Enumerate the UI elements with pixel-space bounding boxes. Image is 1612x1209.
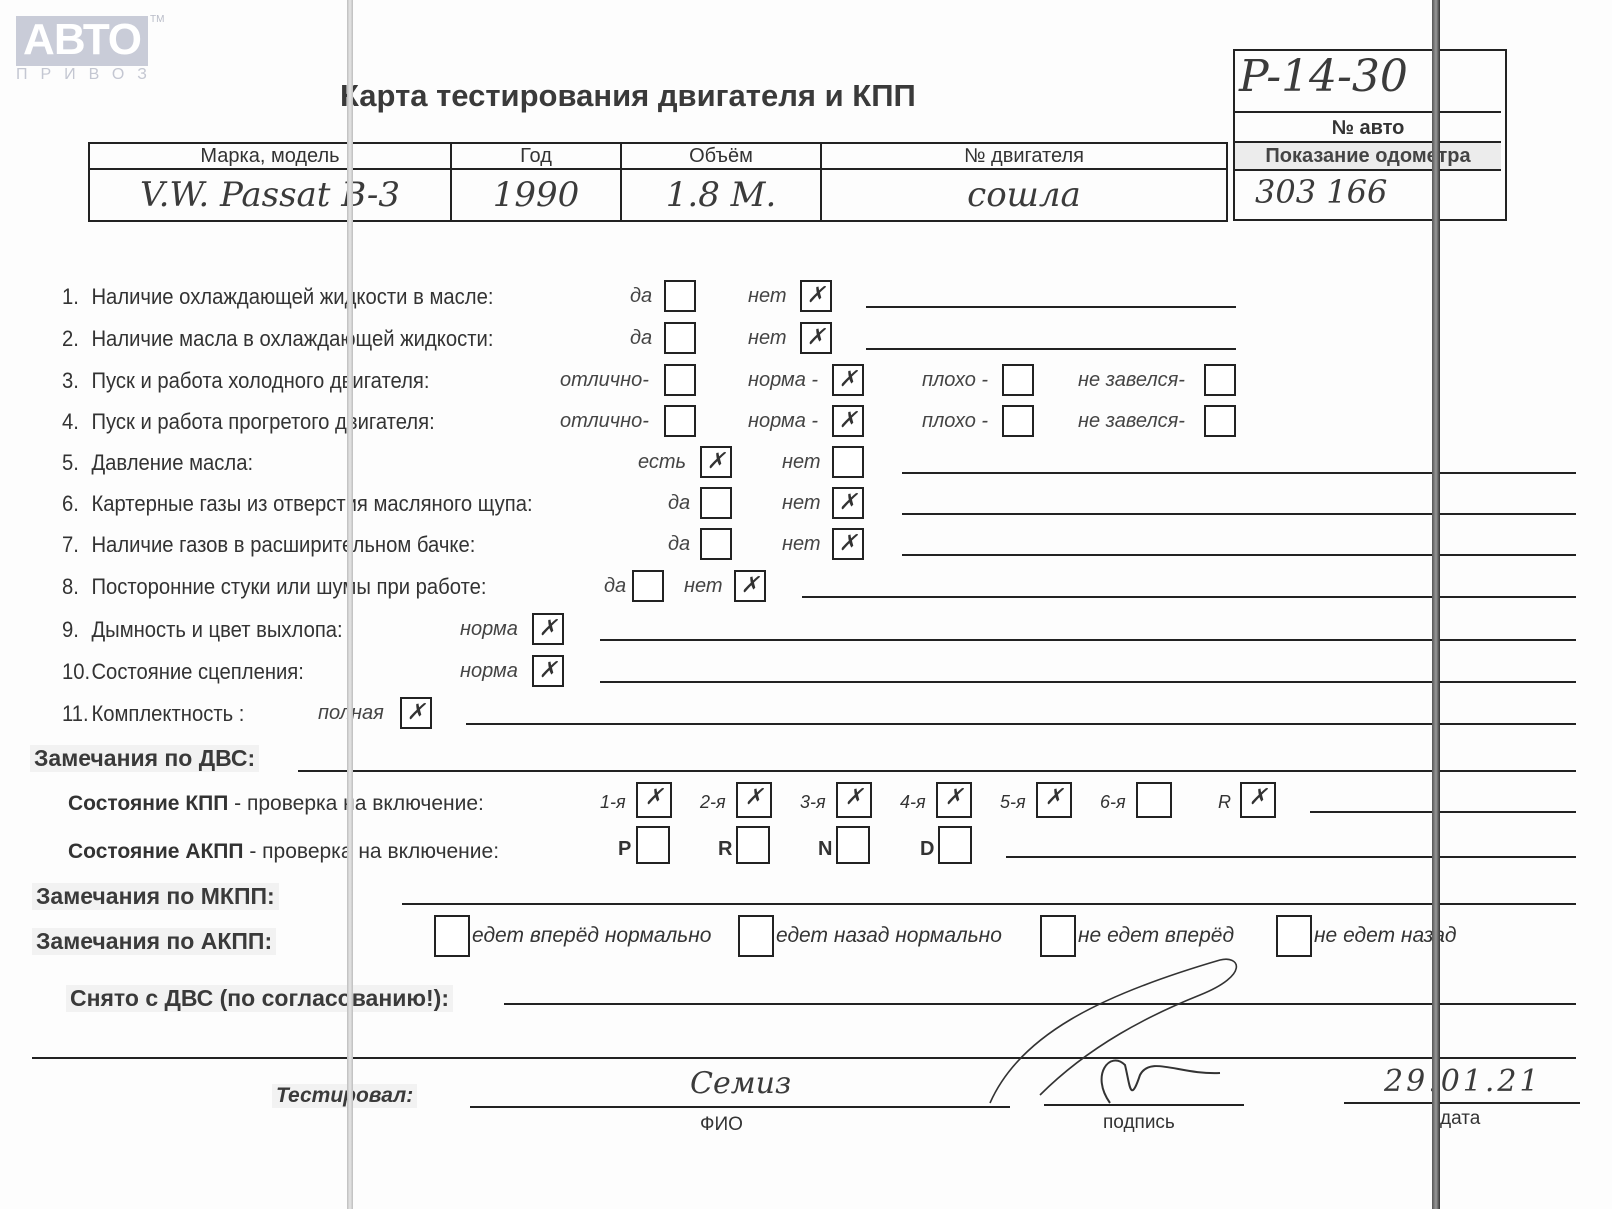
gear-label: 3-я (800, 792, 826, 813)
auto-number-label: № авто (1235, 111, 1501, 141)
akpp-remark-label: едет вперёд нормально (472, 924, 711, 948)
remarks-mkpp-line[interactable] (402, 903, 1576, 905)
auto-number-value[interactable]: P-14-30 (1235, 51, 1505, 111)
engine-number-value[interactable]: сошла (821, 169, 1227, 221)
checkbox[interactable] (700, 487, 732, 519)
checkbox[interactable] (1002, 364, 1034, 396)
option-label: нет (782, 533, 821, 556)
gear-label: 1-я (600, 792, 626, 813)
option-label: плохо - (922, 369, 988, 392)
logo-trademark: TM (150, 14, 164, 25)
akpp-mode-label: N (818, 838, 832, 861)
option-label: нет (748, 285, 787, 308)
akpp-remark-label: едет назад нормально (776, 924, 1002, 948)
question-5: 5.Давление масла: (62, 450, 253, 476)
option-label: отлично- (560, 410, 649, 433)
option-label: не завелся- (1078, 410, 1185, 433)
akpp-remark-checkbox[interactable] (1040, 915, 1076, 957)
tested-by-label: Тестировал: (272, 1084, 417, 1108)
question-text: Состояние сцепления: (91, 659, 303, 684)
option-label: отлично- (560, 369, 649, 392)
notes-line[interactable] (600, 681, 1576, 683)
option-label: да (668, 492, 690, 515)
checkbox[interactable]: ✗ (532, 655, 564, 687)
question-number: 8. (62, 574, 91, 600)
notes-line[interactable] (600, 639, 1576, 641)
gear-checkbox[interactable]: ✗ (836, 782, 872, 818)
checkbox[interactable] (1002, 405, 1034, 437)
checkbox[interactable]: ✗ (832, 487, 864, 519)
checkbox[interactable] (664, 322, 696, 354)
question-4: 4.Пуск и работа прогретого двигателя: (62, 409, 435, 435)
checkbox[interactable] (632, 570, 664, 602)
question-1: 1.Наличие охлаждающей жидкости в масле: (62, 284, 493, 310)
name-line[interactable] (470, 1106, 1010, 1108)
odometer-label: Показание одометра (1235, 141, 1501, 171)
remarks-mkpp-label: Замечания по МКПП: (32, 883, 279, 910)
make-model-value[interactable]: V.W. Passat B-3 (89, 169, 451, 221)
checkbox[interactable] (1204, 405, 1236, 437)
question-text: Пуск и работа холодного двигателя: (91, 368, 429, 393)
remarks-dvs-label: Замечания по ДВС: (30, 745, 259, 772)
question-text: Картерные газы из отверстия масляного щу… (91, 491, 532, 516)
signature-line[interactable] (1044, 1104, 1244, 1106)
akpp-label-rest: - проверка на включение: (244, 840, 500, 863)
checkbox[interactable]: ✗ (832, 405, 864, 437)
date-line[interactable] (1344, 1102, 1580, 1104)
checkbox[interactable]: ✗ (400, 697, 432, 729)
remarks-akpp-label: Замечания по АКПП: (32, 928, 276, 955)
question-number: 11. (62, 701, 91, 727)
question-number: 3. (62, 368, 91, 394)
scan-fold-left (347, 0, 353, 1209)
question-11: 11.Комплектность : (62, 701, 244, 727)
tester-name-value[interactable]: Семиз (690, 1066, 791, 1101)
akpp-mode-checkbox[interactable] (836, 826, 870, 864)
checkbox[interactable]: ✗ (832, 364, 864, 396)
volume-value[interactable]: 1.8 M. (621, 169, 821, 221)
question-6: 6.Картерные газы из отверстия масляного … (62, 491, 533, 517)
question-number: 7. (62, 532, 91, 558)
question-number: 4. (62, 409, 91, 435)
checkbox[interactable]: ✗ (832, 528, 864, 560)
option-label: да (604, 575, 626, 598)
option-label: да (630, 327, 652, 350)
checkbox[interactable]: ✗ (734, 570, 766, 602)
akpp-mode-checkbox[interactable] (736, 826, 770, 864)
akpp-remark-checkbox[interactable] (738, 915, 774, 957)
question-2: 2.Наличие масла в охлаждающей жидкости: (62, 326, 493, 352)
gear-label: 2-я (700, 792, 726, 813)
akpp-mode-label: P (618, 838, 631, 861)
option-label: есть (638, 451, 686, 474)
gear-checkbox[interactable]: ✗ (936, 782, 972, 818)
gear-label: R (1218, 792, 1231, 813)
option-label: норма - (748, 410, 818, 433)
notes-line[interactable] (902, 554, 1576, 556)
column-header-engine-number: № двигателя (821, 143, 1227, 169)
year-value[interactable]: 1990 (451, 169, 621, 221)
question-text: Дымность и цвет выхлопа: (91, 617, 342, 642)
option-label: нет (748, 327, 787, 350)
akpp-label-bold: Состояние АКПП (68, 840, 244, 863)
akpp-remark-checkbox[interactable] (1276, 915, 1312, 957)
signature-caption: подпись (1103, 1112, 1175, 1134)
akpp-mode-checkbox[interactable] (938, 826, 972, 864)
date-value[interactable]: 29.01.21 (1384, 1064, 1542, 1099)
kpp-label: Состояние КПП - проверка на включение: (68, 792, 484, 816)
option-label: плохо - (922, 410, 988, 433)
page-title: Карта тестирования двигателя и КПП (340, 78, 916, 114)
question-10: 10.Состояние сцепления: (62, 659, 304, 685)
question-9: 9.Дымность и цвет выхлопа: (62, 617, 343, 643)
scan-fold-right (1432, 0, 1440, 1209)
notes-line[interactable] (866, 348, 1236, 350)
option-label: да (630, 285, 652, 308)
question-number: 9. (62, 617, 91, 643)
gear-label: 6-я (1100, 792, 1126, 813)
checkbox[interactable] (700, 528, 732, 560)
separator-line (32, 1057, 1576, 1059)
option-label: да (668, 533, 690, 556)
question-text: Давление масла: (91, 450, 253, 475)
question-text: Комплектность : (91, 701, 244, 726)
akpp-label: Состояние АКПП - проверка на включение: (68, 840, 499, 864)
akpp-notes-line[interactable] (1006, 856, 1576, 858)
notes-line[interactable] (866, 306, 1236, 308)
checkbox[interactable] (832, 446, 864, 478)
question-text: Пуск и работа прогретого двигателя: (91, 409, 434, 434)
checkbox[interactable]: ✗ (800, 322, 832, 354)
notes-line[interactable] (802, 596, 1576, 598)
column-header-year: Год (451, 143, 621, 169)
checkbox[interactable]: ✗ (700, 446, 732, 478)
question-number: 5. (62, 450, 91, 476)
checkbox[interactable] (664, 405, 696, 437)
option-label: не завелся- (1078, 369, 1185, 392)
signature-drawing[interactable] (980, 955, 1270, 1110)
option-label: нет (684, 575, 723, 598)
vehicle-info-table: Марка, модель Год Объём № двигателя V.W.… (88, 142, 1228, 222)
question-7: 7.Наличие газов в расширительном бачке: (62, 532, 475, 558)
question-text: Посторонние стуки или шумы при работе: (91, 574, 486, 599)
akpp-mode-checkbox[interactable] (636, 826, 670, 864)
checkbox[interactable]: ✗ (800, 280, 832, 312)
gear-label: 4-я (900, 792, 926, 813)
option-label: норма (460, 618, 518, 641)
option-label: нет (782, 492, 821, 515)
gear-checkbox[interactable] (1136, 782, 1172, 818)
removed-from-engine-label: Снято с ДВС (по согласованию!): (66, 985, 453, 1012)
odometer-value[interactable]: 303 166 (1235, 169, 1521, 215)
option-label: норма (460, 660, 518, 683)
akpp-mode-label: R (718, 838, 732, 861)
logo-subtitle: ПРИВОЗ (16, 66, 148, 84)
checkbox[interactable]: ✗ (532, 613, 564, 645)
notes-line[interactable] (902, 513, 1576, 515)
notes-line[interactable] (902, 472, 1576, 474)
akpp-mode-label: D (920, 838, 934, 861)
kpp-label-rest: - проверка на включение: (228, 792, 484, 815)
question-text: Наличие масла в охлаждающей жидкости: (91, 326, 493, 351)
kpp-label-bold: Состояние КПП (68, 792, 228, 815)
akpp-remark-label: не едет вперёд (1078, 924, 1234, 948)
option-label: нет (782, 451, 821, 474)
question-number: 10. (62, 659, 91, 685)
kpp-notes-line[interactable] (1310, 811, 1576, 813)
question-8: 8.Посторонние стуки или шумы при работе: (62, 574, 486, 600)
checkbox[interactable] (1204, 364, 1236, 396)
gear-checkbox[interactable]: ✗ (636, 782, 672, 818)
gear-label: 5-я (1000, 792, 1026, 813)
checkbox[interactable] (664, 364, 696, 396)
option-label: норма - (748, 369, 818, 392)
gear-checkbox[interactable]: ✗ (1036, 782, 1072, 818)
question-text: Наличие охлаждающей жидкости в масле: (91, 284, 493, 309)
date-caption: дата (1440, 1108, 1480, 1130)
gear-checkbox[interactable]: ✗ (1240, 782, 1276, 818)
column-header-make-model: Марка, модель (89, 143, 451, 169)
question-number: 6. (62, 491, 91, 517)
akpp-remark-checkbox[interactable] (434, 915, 470, 957)
question-number: 2. (62, 326, 91, 352)
checkbox[interactable] (664, 280, 696, 312)
logo-brand: АВТО (16, 14, 148, 66)
gear-checkbox[interactable]: ✗ (736, 782, 772, 818)
notes-line[interactable] (466, 723, 1576, 725)
remarks-dvs-line[interactable] (298, 770, 1576, 772)
column-header-volume: Объём (621, 143, 821, 169)
question-3: 3.Пуск и работа холодного двигателя: (62, 368, 430, 394)
question-text: Наличие газов в расширительном бачке: (91, 532, 475, 557)
name-caption: ФИО (700, 1114, 743, 1136)
question-number: 1. (62, 284, 91, 310)
